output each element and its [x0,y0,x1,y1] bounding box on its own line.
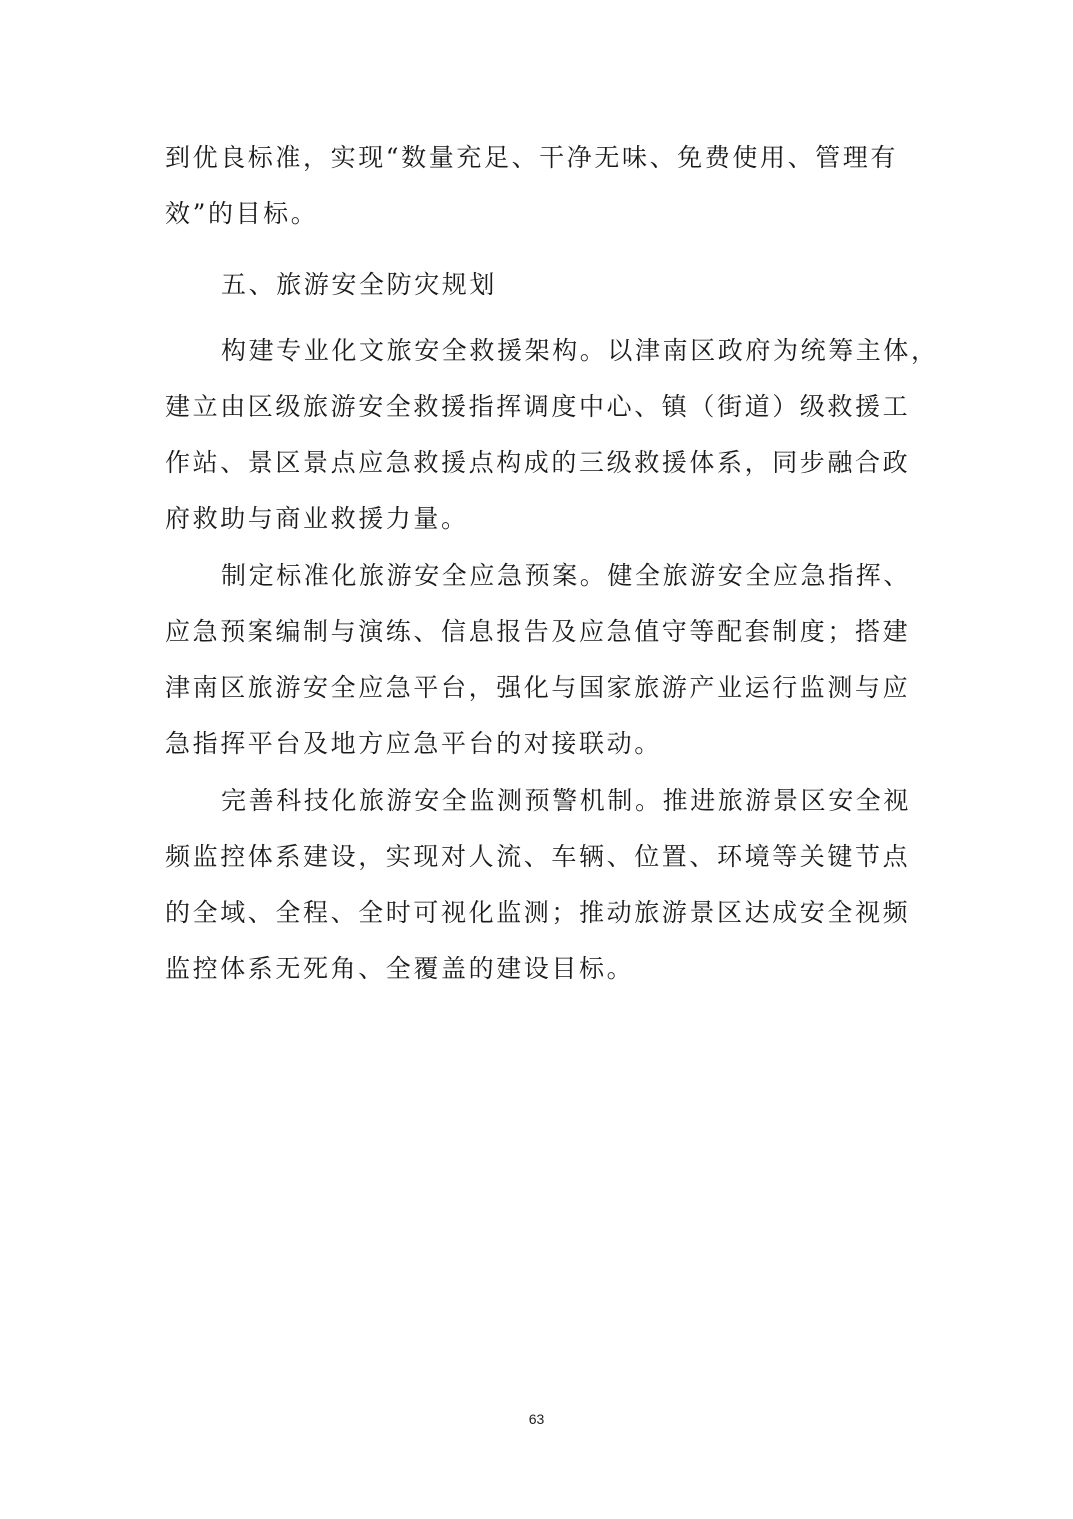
text-line: 到优良标准，实现“数量充足、干净无味、免费使用、管理有 [165,143,915,173]
text-line: 效”的目标。 [165,199,915,229]
section-heading: 五、旅游安全防灾规划 [221,270,497,300]
document-page: 到优良标准，实现“数量充足、干净无味、免费使用、管理有 效”的目标。 五、旅游安… [0,0,1073,1519]
text-line: 频监控体系建设，实现对人流、车辆、位置、环境等关键节点 [165,842,915,872]
text-line: 津南区旅游安全应急平台，强化与国家旅游产业运行监测与应 [165,673,915,703]
text-line: 府救助与商业救援力量。 [165,504,915,534]
text-line: 监控体系无死角、全覆盖的建设目标。 [165,954,915,984]
text-line: 制定标准化旅游安全应急预案。健全旅游安全应急指挥、 [221,561,921,591]
page-number: 63 [0,1410,1073,1428]
text-line: 应急预案编制与演练、信息报告及应急值守等配套制度；搭建 [165,617,915,647]
text-line: 完善科技化旅游安全监测预警机制。推进旅游景区安全视 [221,786,921,816]
text-line: 作站、景区景点应急救援点构成的三级救援体系，同步融合政 [165,448,915,478]
text-line: 构建专业化文旅安全救援架构。以津南区政府为统筹主体， [221,336,921,366]
text-line: 建立由区级旅游安全救援指挥调度中心、镇（街道）级救援工 [165,392,915,422]
text-line: 急指挥平台及地方应急平台的对接联动。 [165,729,915,759]
text-line: 的全域、全程、全时可视化监测；推动旅游景区达成安全视频 [165,898,915,928]
